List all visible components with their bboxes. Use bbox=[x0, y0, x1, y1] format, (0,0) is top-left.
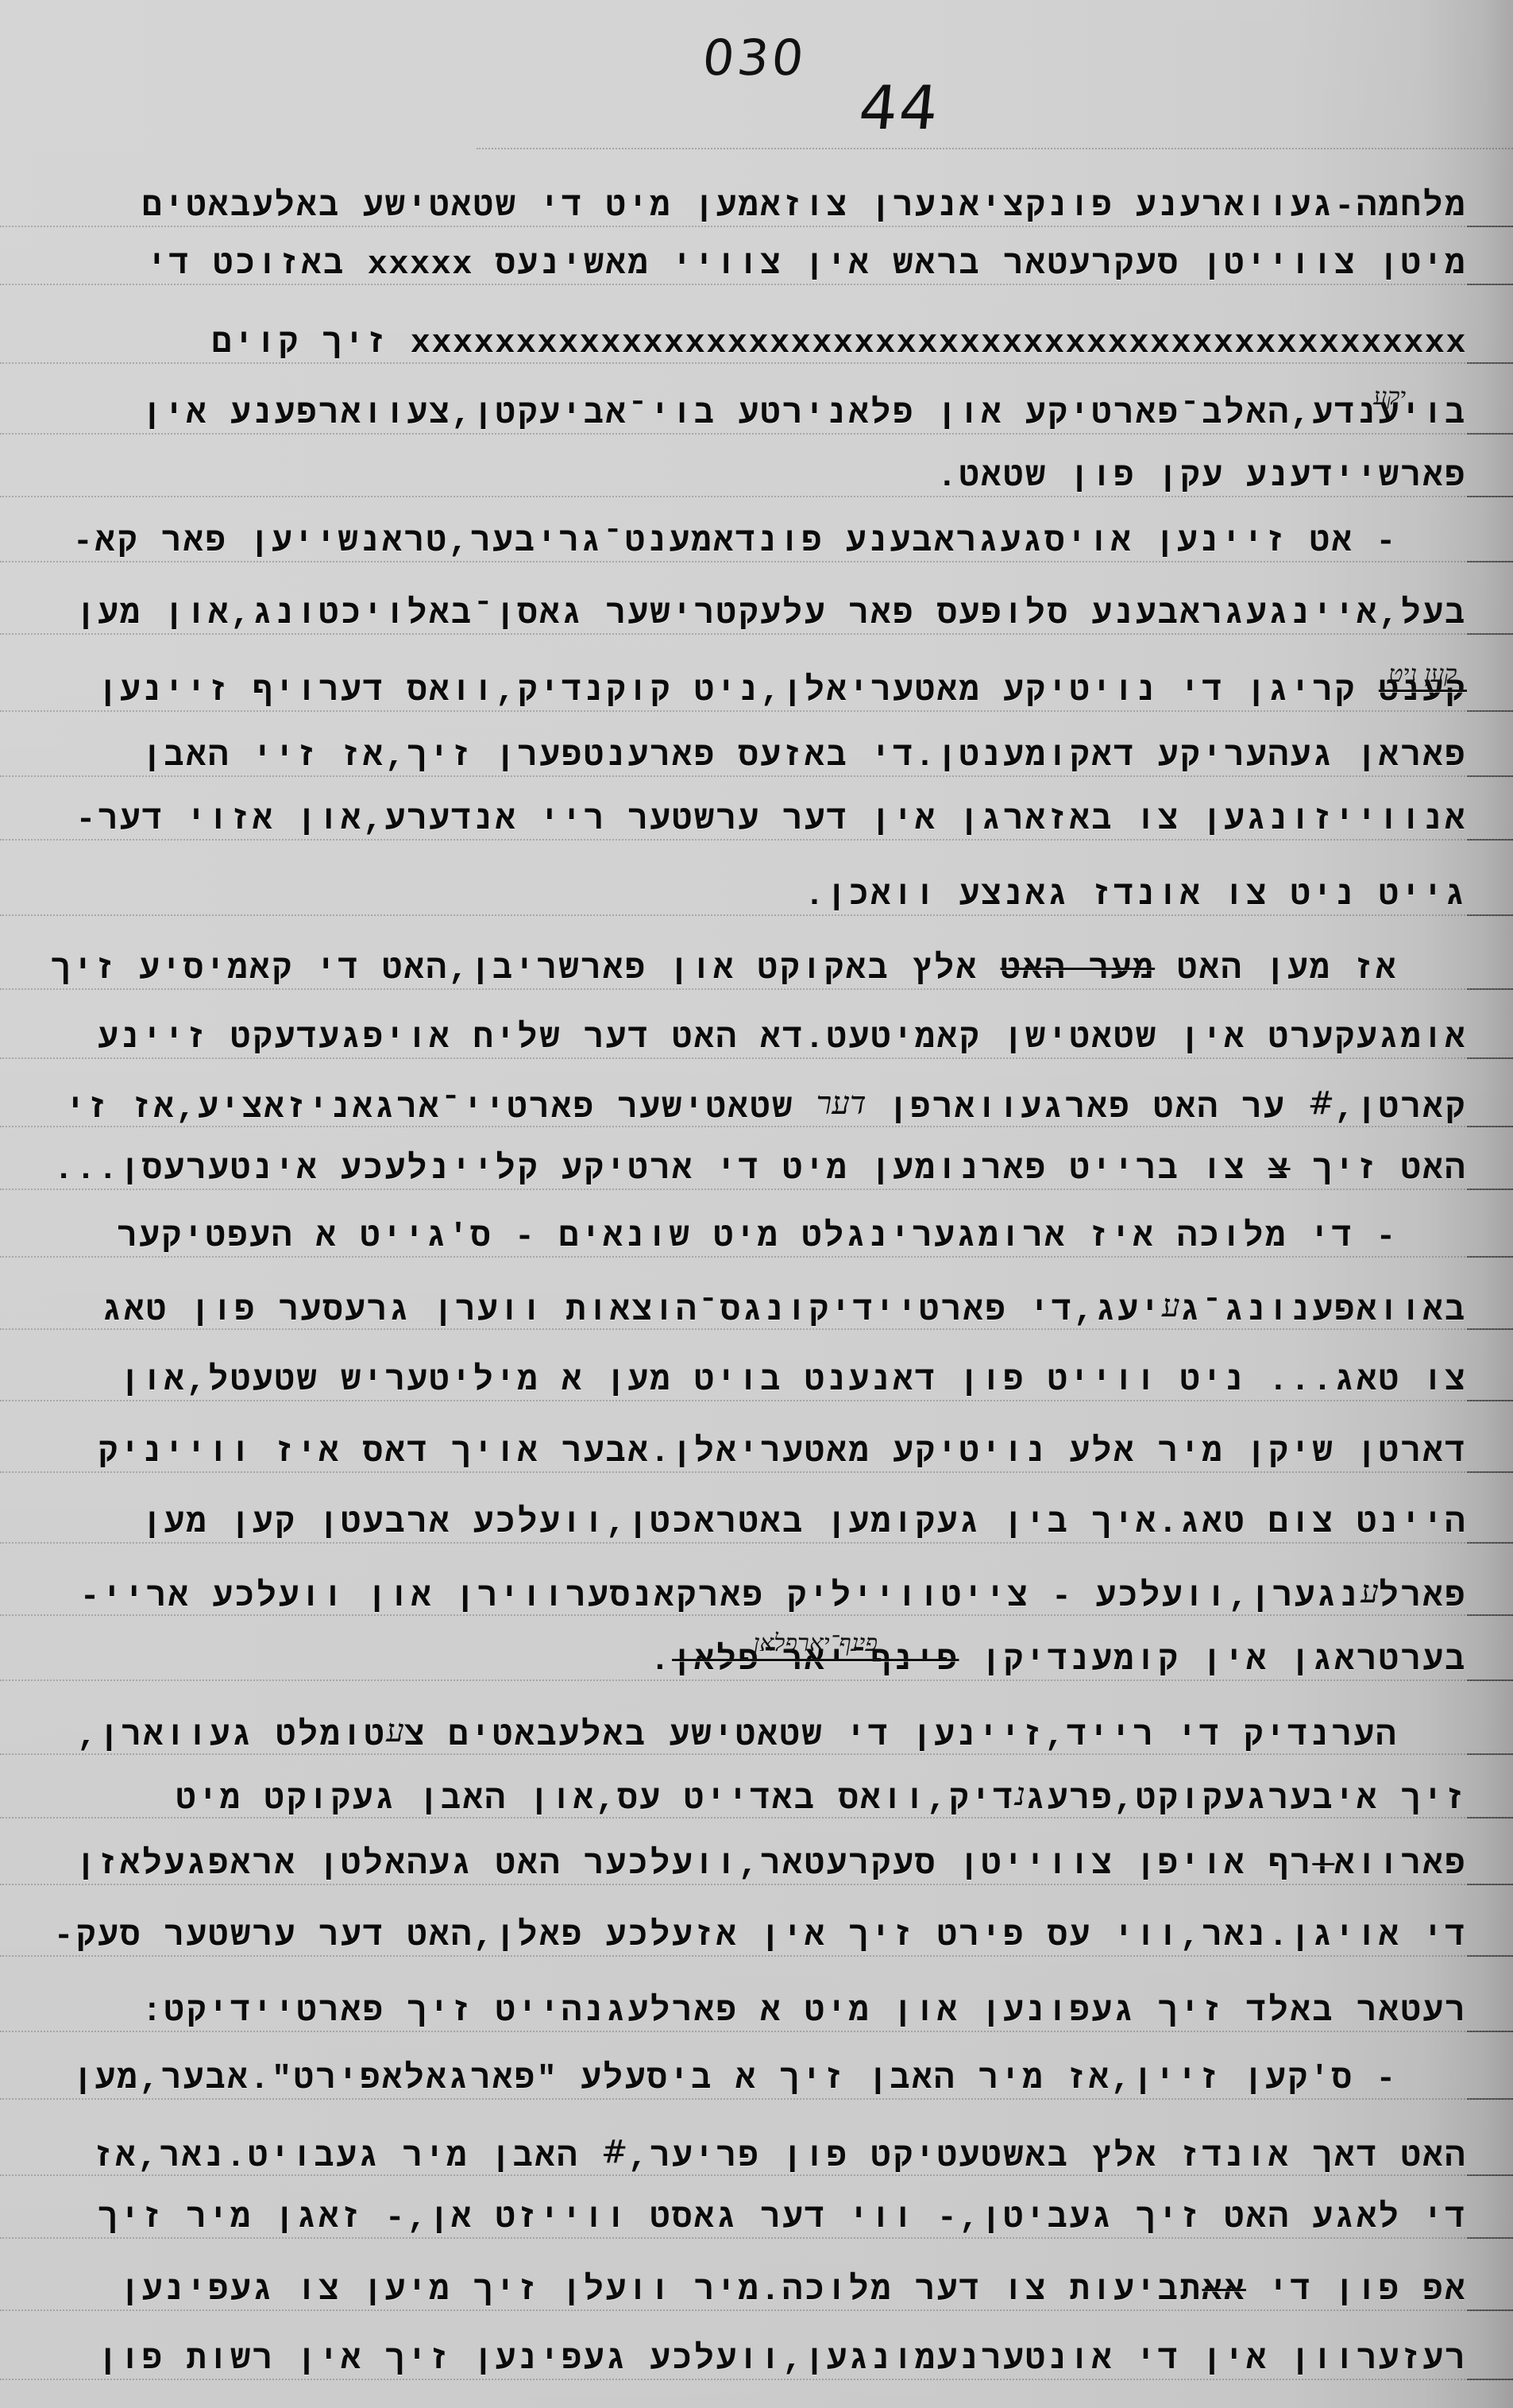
typed-text: קריגן די נויטיקע מאטעריאלן,ניט קוקנדיק,ו… bbox=[98, 672, 1379, 710]
typed-text: תביעות צו דער מלוכה.מיר וועלן זיך מיען צ… bbox=[120, 2271, 1202, 2309]
segment-text: שטאטישער פארטיי־ארגאניזאציע,אז זי bbox=[65, 1089, 816, 1127]
segment-text: דער bbox=[816, 1085, 867, 1122]
handwritten-insertion: # bbox=[601, 2135, 628, 2173]
segment-text: פאראן געהעריקע דאקומענטן.די באזעס פארענט… bbox=[142, 737, 1467, 775]
struck-text: צ bbox=[1268, 1150, 1291, 1189]
segment-text: פארשיידענע עקן פון שטאט. bbox=[937, 458, 1467, 496]
typed-text: יעג,די פארטיידיקונגס־הוצאות ווערן גרעסער… bbox=[102, 1292, 1162, 1330]
segment-text: קארטן, bbox=[1334, 1089, 1467, 1127]
text-line: אפ פון די אאתביעות צו דער מלוכה.מיר וועל… bbox=[0, 2267, 1513, 2314]
typed-text: קארטן, bbox=[1334, 1089, 1467, 1127]
segment-text: אז מען האט bbox=[1155, 950, 1398, 988]
text-line: פארלענגערן,וועלכע - צייטווייליק פארקאנסע… bbox=[0, 1571, 1513, 1619]
ruled-line bbox=[477, 148, 1513, 149]
text-line: אז מען האט מער האט אלץ באקוקט און פארשרי… bbox=[0, 945, 1513, 993]
text-line: האט דאך אונדז אלץ באשטעטיקט פון פריער,# … bbox=[0, 2132, 1513, 2179]
segment-text: ע bbox=[386, 1713, 404, 1749]
typed-text: דארטן שיקן מיר אלע נויטיקע מאטעריאלן.אבע… bbox=[98, 1433, 1467, 1471]
typed-text: . bbox=[650, 1641, 672, 1679]
segment-text: בעל,איינגעגראבענע סלופעס פאר עלעקטרישער … bbox=[75, 595, 1467, 633]
text-line: מלחמה-געווארענע פונקציאנערן צוזאמען מיט … bbox=[0, 183, 1513, 230]
typed-text: פארווא bbox=[1334, 1846, 1467, 1884]
typed-text: נגערן,וועלכע - צייטווייליק פארקאנסערוויר… bbox=[80, 1578, 1361, 1616]
typed-text: ,האלב־פארטיקע און פלאנירטע בוי־אביעקטן,צ… bbox=[142, 395, 1313, 433]
segment-text: ע bbox=[1162, 1288, 1180, 1324]
typed-text: רף אויפן צווייטן סעקרעטאר,וועלכער האט גע… bbox=[75, 1846, 1312, 1884]
handwritten-insertion: דער bbox=[816, 1086, 867, 1124]
segment-text: נגערן,וועלכע - צייטווייליק פארקאנסערוויר… bbox=[80, 1578, 1361, 1616]
text-line: הערנדיק די רייד,זיינען די שטאטישע באלעבא… bbox=[0, 1710, 1513, 1758]
segment-text: - ס'קען זיין,אז מיר האבן זיך א ביסעלע "פ… bbox=[73, 2060, 1398, 2098]
text-line: אומגעקערט אין שטאטישן קאמיטעט.דא האט דער… bbox=[0, 1015, 1513, 1062]
scanned-typewritten-page: 030 44 מלחמה-געווארענע פונקציאנערן צוזאמ… bbox=[0, 0, 1513, 2408]
text-line: - די מלוכה איז ארומגערינגלט מיט שונאים -… bbox=[0, 1213, 1513, 1261]
segment-text: - אט זיינען אויסגעגראבענע פונדאמענט־גריב… bbox=[73, 523, 1398, 561]
text-line: פארשיידענע עקן פון שטאט. bbox=[0, 453, 1513, 501]
handwritten-correction: קען ניט bbox=[1388, 663, 1457, 686]
typed-text: האט זיך bbox=[1291, 1150, 1467, 1189]
typed-text: - די מלוכה איז ארומגערינגלט מיט שונאים -… bbox=[117, 1218, 1398, 1256]
segment-text: באוואפענונג־ג bbox=[1180, 1292, 1467, 1330]
segment-text: אלץ באקוקט און פארשריבן,האט די קאמיסיע ז… bbox=[51, 950, 1001, 988]
segment-text: ו bbox=[1312, 1846, 1334, 1884]
typed-text: גייט ניט צו אונדז גאנצע וואכן. bbox=[805, 876, 1467, 914]
segment-text: רעזערוון אין די אונטערנעמונגען,וועלכע גע… bbox=[98, 2340, 1467, 2379]
text-line: גייט ניט צו אונדז גאנצע וואכן. bbox=[0, 872, 1513, 919]
typed-text: פארל bbox=[1379, 1578, 1467, 1616]
typed-text: רעטאר באלד זיך געפונען און מיט א פארלעגנ… bbox=[142, 1992, 1467, 2031]
typed-text: אז מען האט bbox=[1155, 950, 1398, 988]
typed-text: אנווייזונגען צו באזארגן אין דער ערשטער ר… bbox=[75, 801, 1467, 839]
segment-text: היינט צום טאג.איך בין געקומען באטראכטן,ו… bbox=[142, 1504, 1467, 1542]
segment-text: ער האט פארגעווארפן bbox=[867, 1089, 1308, 1127]
typed-text: הערנדיק די רייד,זיינען די שטאטישע באלעבא… bbox=[404, 1717, 1398, 1755]
text-line: פארוואורף אויפן צווייטן סעקרעטאר,וועלכער… bbox=[0, 1841, 1513, 1888]
text-line: מיטן צווייטן סעקרעטאר בראש אין צוויי מאש… bbox=[0, 241, 1513, 288]
typed-text: זיך איבערגעקוקט,פרעג bbox=[1025, 1780, 1467, 1819]
segment-text: xxxxxxxxxxxxxxxxxxxxxxxxxxxxxxxxxxxxxxxx… bbox=[411, 324, 1467, 362]
text-line: פאראן געהעריקע דאקומענטן.די באזעס פארענט… bbox=[0, 732, 1513, 780]
segment-text: האבן מיר געבויט.נאר,אז bbox=[93, 2138, 601, 2176]
segment-text: אומגעקערט אין שטאטישן קאמיטעט.דא האט דער… bbox=[98, 1019, 1467, 1057]
archive-number-handwritten: 030 bbox=[701, 33, 809, 83]
segment-text: # bbox=[601, 2134, 628, 2170]
segment-text: פארווא bbox=[1334, 1846, 1467, 1884]
text-line: רעטאר באלד זיך געפונען און מיט א פארלעגנ… bbox=[0, 1988, 1513, 2035]
typed-text: זיך קוים bbox=[212, 324, 411, 362]
segment-text: אפ פון די bbox=[1246, 2271, 1467, 2309]
typed-text: האבן מיר געבויט.נאר,אז bbox=[93, 2138, 601, 2176]
segment-text: בערטראגן אין קומענדיקן bbox=[959, 1641, 1468, 1679]
handwritten-insertion: נ bbox=[1015, 1777, 1025, 1815]
struck-text: מער האט bbox=[1001, 950, 1156, 988]
typed-text: צו ברייט פארנומען מיט די ארטיקע קליינלעכ… bbox=[54, 1150, 1268, 1189]
text-line: - ס'קען זיין,אז מיר האבן זיך א ביסעלע "פ… bbox=[0, 2055, 1513, 2103]
text-line: - אט זיינען אויסגעגראבענע פונדאמענט־גריב… bbox=[0, 518, 1513, 566]
typed-text: צו טאג... ניט ווייט פון דאנענט בויט מען … bbox=[120, 1362, 1467, 1400]
segment-text: טומלט געווארן, bbox=[77, 1717, 386, 1755]
struck-text: ו bbox=[1312, 1846, 1334, 1884]
handwritten-insertion: ע bbox=[1162, 1289, 1180, 1327]
segment-text: ,האלב־פארטיקע און פלאנירטע בוי־אביעקטן,צ… bbox=[142, 395, 1313, 433]
typed-text: האט דאך אונדז אלץ באשטעטיקט פון פריער, bbox=[627, 2138, 1467, 2176]
typed-text: דיק,וואס באדייט עס,און האבן געקוקט מיט bbox=[176, 1780, 1015, 1819]
text-line: אנווייזונגען צו באזארגן אין דער ערשטער ר… bbox=[0, 796, 1513, 844]
typed-text: אלץ באקוקט און פארשריבן,האט די קאמיסיע ז… bbox=[51, 950, 1001, 988]
segment-text: צו ברייט פארנומען מיט די ארטיקע קליינלעכ… bbox=[54, 1150, 1268, 1189]
handwritten-insertion: ע bbox=[1361, 1575, 1379, 1613]
segment-text: צ bbox=[1268, 1150, 1291, 1189]
overtyped-x-deletion: xxxxx bbox=[368, 245, 473, 284]
typed-text: די אויגן.נאר,ווי עס פירט זיך אין אזעלכע … bbox=[54, 1917, 1467, 1955]
page-number-handwritten: 44 bbox=[856, 78, 943, 138]
segment-text: הערנדיק די רייד,זיינען די שטאטישע באלעבא… bbox=[404, 1717, 1398, 1755]
segment-text: די לאגע האט זיך געביטן,- ווי דער גאסט וו… bbox=[98, 2199, 1467, 2237]
typed-text: די לאגע האט זיך געביטן,- ווי דער גאסט וו… bbox=[98, 2199, 1467, 2237]
segment-text: די אויגן.נאר,ווי עס פירט זיך אין אזעלכע … bbox=[54, 1917, 1467, 1955]
segment-text: # bbox=[1308, 1085, 1335, 1122]
typed-text: - אט זיינען אויסגעגראבענע פונדאמענט־גריב… bbox=[73, 523, 1398, 561]
segment-text: זיך איבערגעקוקט,פרעג bbox=[1025, 1780, 1467, 1819]
segment-text: קריגן די נויטיקע מאטעריאלן,ניט קוקנדיק,ו… bbox=[98, 672, 1379, 710]
text-line: באוואפענונג־געיעג,די פארטיידיקונגס־הוצאו… bbox=[0, 1285, 1513, 1333]
segment-text: xxxxx bbox=[368, 245, 473, 284]
handwritten-correction: פינף־יארפלאן bbox=[754, 1632, 878, 1656]
handwritten-insertion: ע bbox=[386, 1714, 404, 1752]
segment-text: תביעות צו דער מלוכה.מיר וועלן זיך מיען צ… bbox=[120, 2271, 1202, 2309]
typed-text: רעזערוון אין די אונטערנעמונגען,וועלכע גע… bbox=[98, 2340, 1467, 2379]
typed-text: טומלט געווארן, bbox=[77, 1717, 386, 1755]
text-line: האט זיך צ צו ברייט פארנומען מיט די ארטיק… bbox=[0, 1146, 1513, 1193]
segment-text: צו טאג... ניט ווייט פון דאנענט בויט מען … bbox=[120, 1362, 1467, 1400]
segment-text: דיק,וואס באדייט עס,און האבן געקוקט מיט bbox=[176, 1780, 1015, 1819]
text-line: די אויגן.נאר,ווי עס פירט זיך אין אזעלכע … bbox=[0, 1912, 1513, 1960]
typed-text: היינט צום טאג.איך בין געקומען באטראכטן,ו… bbox=[142, 1504, 1467, 1542]
typed-text: - ס'קען זיין,אז מיר האבן זיך א ביסעלע "פ… bbox=[73, 2060, 1398, 2098]
segment-text: באזוכט די bbox=[147, 245, 368, 284]
text-line: צו טאג... ניט ווייט פון דאנענט בויט מען … bbox=[0, 1357, 1513, 1405]
typed-text: באזוכט די bbox=[147, 245, 368, 284]
segment-text: האט דאך אונדז אלץ באשטעטיקט פון פריער, bbox=[627, 2138, 1467, 2176]
typed-text: מיטן צווייטן סעקרעטאר בראש אין צוויי מאש… bbox=[473, 245, 1467, 284]
typed-text: מלחמה-געווארענע פונקציאנערן צוזאמען מיט … bbox=[142, 187, 1467, 226]
typed-text: באוואפענונג־ג bbox=[1180, 1292, 1467, 1330]
struck-text: אא bbox=[1202, 2271, 1246, 2309]
segment-text: נ bbox=[1015, 1776, 1025, 1813]
segment-text: מיטן צווייטן סעקרעטאר בראש אין צוויי מאש… bbox=[473, 245, 1467, 284]
text-line: קארטן,# ער האט פארגעווארפן דער שטאטישער … bbox=[0, 1083, 1513, 1131]
overtyped-x-deletion: xxxxxxxxxxxxxxxxxxxxxxxxxxxxxxxxxxxxxxxx… bbox=[411, 324, 1467, 362]
text-line: זיך איבערגעקוקט,פרעגנדיק,וואס באדייט עס,… bbox=[0, 1774, 1513, 1822]
text-line: בערטראגן אין קומענדיקן פינף־יאר־פלאןפינף… bbox=[0, 1637, 1513, 1684]
segment-text: מער האט bbox=[1001, 950, 1156, 988]
typed-text: בויענדעיקע bbox=[1312, 395, 1467, 433]
typed-text: פארשיידענע עקן פון שטאט. bbox=[937, 458, 1467, 496]
typed-text: פאראן געהעריקע דאקומענטן.די באזעס פארענט… bbox=[142, 737, 1467, 775]
segment-text: . bbox=[650, 1641, 672, 1679]
segment-text: - די מלוכה איז ארומגערינגלט מיט שונאים -… bbox=[117, 1218, 1398, 1256]
segment-text: דארטן שיקן מיר אלע נויטיקע מאטעריאלן.אבע… bbox=[98, 1433, 1467, 1471]
handwritten-insertion: # bbox=[1308, 1086, 1335, 1124]
text-line: קענטקען ניט קריגן די נויטיקע מאטעריאלן,נ… bbox=[0, 667, 1513, 715]
segment-text: יעג,די פארטיידיקונגס־הוצאות ווערן גרעסער… bbox=[102, 1292, 1162, 1330]
segment-text: גייט ניט צו אונדז גאנצע וואכן. bbox=[805, 876, 1467, 914]
struck-text: פינף־יאר־פלאןפינף־יארפלאן bbox=[672, 1641, 959, 1679]
typed-text: אומגעקערט אין שטאטישן קאמיטעט.דא האט דער… bbox=[98, 1019, 1467, 1057]
handwritten-correction: יקע bbox=[1373, 385, 1406, 409]
segment-text: רעטאר באלד זיך געפונען און מיט א פארלעגנ… bbox=[142, 1992, 1467, 2031]
typed-text: בעל,איינגעגראבענע סלופעס פאר עלעקטרישער … bbox=[75, 595, 1467, 633]
text-line: בויענדעיקע,האלב־פארטיקע און פלאנירטע בוי… bbox=[0, 390, 1513, 438]
typed-text: בערטראגן אין קומענדיקן bbox=[959, 1641, 1468, 1679]
segment-text: אא bbox=[1202, 2271, 1246, 2309]
text-line: היינט צום טאג.איך בין געקומען באטראכטן,ו… bbox=[0, 1499, 1513, 1547]
text-line: רעזערוון אין די אונטערנעמונגען,וועלכע גע… bbox=[0, 2336, 1513, 2383]
segment-text: אנווייזונגען צו באזארגן אין דער ערשטער ר… bbox=[75, 801, 1467, 839]
segment-text: רף אויפן צווייטן סעקרעטאר,וועלכער האט גע… bbox=[75, 1846, 1312, 1884]
text-line: בעל,איינגעגראבענע סלופעס פאר עלעקטרישער … bbox=[0, 590, 1513, 638]
segment-text: האט זיך bbox=[1291, 1150, 1467, 1189]
segment-text: פארל bbox=[1379, 1578, 1467, 1616]
typed-text: אפ פון די bbox=[1246, 2271, 1467, 2309]
text-line: xxxxxxxxxxxxxxxxxxxxxxxxxxxxxxxxxxxxxxxx… bbox=[0, 319, 1513, 367]
struck-text: קענטקען ניט bbox=[1379, 672, 1467, 710]
segment-text: זיך קוים bbox=[212, 324, 411, 362]
typed-text: ער האט פארגעווארפן bbox=[867, 1089, 1308, 1127]
text-line: די לאגע האט זיך געביטן,- ווי דער גאסט וו… bbox=[0, 2194, 1513, 2242]
typed-text: שטאטישער פארטיי־ארגאניזאציע,אז זי bbox=[65, 1089, 816, 1127]
segment-text: מלחמה-געווארענע פונקציאנערן צוזאמען מיט … bbox=[142, 187, 1467, 226]
text-line: דארטן שיקן מיר אלע נויטיקע מאטעריאלן.אבע… bbox=[0, 1428, 1513, 1476]
segment-text: ע bbox=[1361, 1574, 1379, 1610]
